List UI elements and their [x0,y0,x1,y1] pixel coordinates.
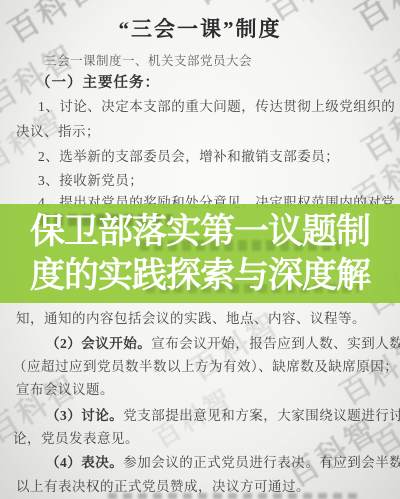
doc-line: 三会一课制度一、机关支部党员大会 [44,51,252,69]
doc-line-bold-prefix: （2）会议开始。 [46,336,151,351]
cutoff-text-line [108,493,360,499]
doc-line: 3、接收新党员； [38,169,143,189]
document-photo: 百科智百科智百科智百科智百科智百科智百科智百科智百科智百科智百科智百科智百科智百… [0,0,400,499]
doc-line-bold-prefix: （3）讨论。 [46,408,123,423]
document-title: “三会一课”制度 [119,13,282,43]
doc-line: 知，通知的内容包括会议的实践、地点、内容、议程等。 [16,307,366,327]
doc-line: （4）表决。参加会议的正式党员进行表决。有应到会半数 [46,451,400,471]
doc-line: 宣布会议议题。 [16,378,114,398]
doc-line: 2、选举新的支部委员会，增补和撤销支部委员； [38,145,339,165]
banner-headline-line1: 保卫部落实第一议题制 [0,210,400,254]
doc-line: （一）主要任务： [36,71,160,92]
doc-line: （2）会议开始。宣布会议开始，报告应到人数、实到人数 [46,332,400,352]
doc-line: （应超过应到党员数半数以上方为有效）、缺席数及缺席原因； [13,355,398,375]
doc-line-bold-prefix: （4）表决。 [46,455,123,470]
doc-line: （3）讨论。党支部提出意见和方案，大家围绕议题进行讨 [46,404,400,424]
doc-line: 论，党员发表意见。 [13,427,139,447]
doc-line: 以上有表决权的正式党员赞成，决议方可通过。 [16,475,310,495]
overlay-banner: 保卫部落实第一议题制 度的实践探索与深度解 [0,204,400,303]
doc-line: 1、讨论、决定本支部的重大问题，传达贯彻上级党组织的 [38,95,395,115]
doc-line: 决议、指示； [16,120,100,140]
banner-headline-line2: 度的实践探索与深度解 [0,254,400,298]
